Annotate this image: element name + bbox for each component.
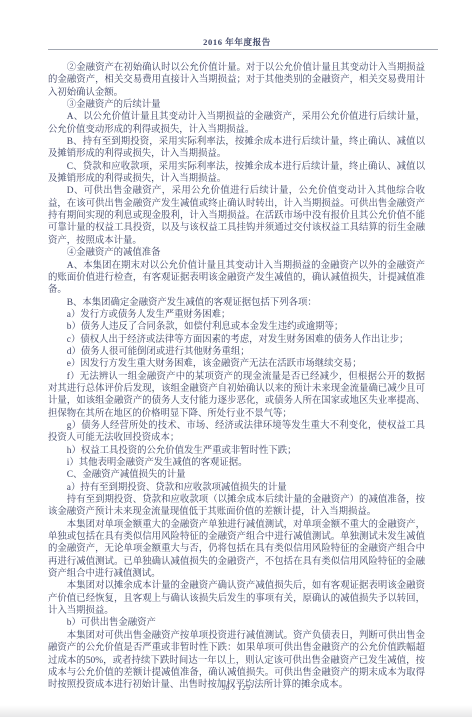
paragraph: 本集团对单项金额重大的金融资产单独进行减值测试，对单项金额不重大的金融资产，单独… xyxy=(48,519,425,581)
paragraph: 持有至到期投资、贷款和应收款项（以摊余成本后续计量的金融资产）的减值准备，按该金… xyxy=(48,494,425,519)
paragraph: 本集团对以摊余成本计量的金融资产确认资产减值损失后，如有客观证据表明该金融资产价… xyxy=(48,580,425,617)
paragraph: C、贷款和应收款项，采用实际利率法，按摊余成本进行后续计量，终止确认、减值以及摊… xyxy=(48,161,425,186)
paragraph: D、可供出售金融资产，采用公允价值进行后续计量，公允价值变动计入其他综合收益，在… xyxy=(48,185,425,247)
paragraph: A、本集团在期末对以公允价值计量且其变动计入当期损益的金融资产以外的金融资产的账… xyxy=(48,260,425,297)
header-divider xyxy=(48,49,438,50)
paragraph-heading: ④金融资产的减值准备 xyxy=(48,247,425,259)
list-item: h）权益工具投资的公允价值发生严重或非暂时性下跌； xyxy=(48,445,425,457)
list-item: d）债务人很可能倒闭或进行其他财务重组； xyxy=(48,346,425,358)
list-item: g）债务人经营所处的技术、市场、经济或法律环境等发生重大不利变化，使权益工具投资… xyxy=(48,420,425,445)
paragraph: B、持有至到期投资，采用实际利率法，按摊余成本进行后续计量，终止确认、减值以及摊… xyxy=(48,136,425,161)
scan-shadow xyxy=(0,705,472,717)
paragraph: B、本集团确定金融资产发生减值的客观证据包括下列各项： xyxy=(48,297,425,309)
page-number: 58 / 129 xyxy=(0,684,472,692)
list-item: a）发行方或债务人发生严重财务困难； xyxy=(48,309,425,321)
list-item: c）债权人出于经济或法律等方面因素的考虑，对发生财务困难的债务人作出让步； xyxy=(48,334,425,346)
paragraph-heading: ③金融资产的后续计量 xyxy=(48,99,425,111)
list-item: i）其他表明金融资产发生减值的客观证据。 xyxy=(48,457,425,469)
document-body: ②金融资产在初始确认时以公允价值计量。对于以公允价值计量且其变动计入当期损益的金… xyxy=(48,62,425,692)
list-item: b）债务人违反了合同条款，如偿付利息或本金发生违约或逾期等； xyxy=(48,321,425,333)
paragraph: 本集团对可供出售金融资产按单项投资进行减值测试。资产负债表日，判断可供出售金融资… xyxy=(48,630,425,692)
paragraph-heading: C、金融资产减值损失的计量 xyxy=(48,469,425,481)
list-item: f）无法辨认一组金融资产中的某项资产的现金流量是否已经减少，但根据公开的数据对其… xyxy=(48,371,425,420)
list-item: e）因发行方发生重大财务困难，该金融资产无法在活跃市场继续交易； xyxy=(48,358,425,370)
paragraph-heading: b）可供出售金融资产 xyxy=(48,617,425,629)
paragraph: A、以公允价值计量且其变动计入当期损益的金融资产，采用公允价值进行后续计量，公允… xyxy=(48,111,425,136)
page-header-title: 2016 年年度报告 xyxy=(48,36,426,48)
report-page: 2016 年年度报告 ②金融资产在初始确认时以公允价值计量。对于以公允价值计量且… xyxy=(0,0,472,717)
paragraph: ②金融资产在初始确认时以公允价值计量。对于以公允价值计量且其变动计入当期损益的金… xyxy=(48,62,425,99)
paragraph-heading: a）持有至到期投资、贷款和应收款项减值损失的计量 xyxy=(48,482,425,494)
